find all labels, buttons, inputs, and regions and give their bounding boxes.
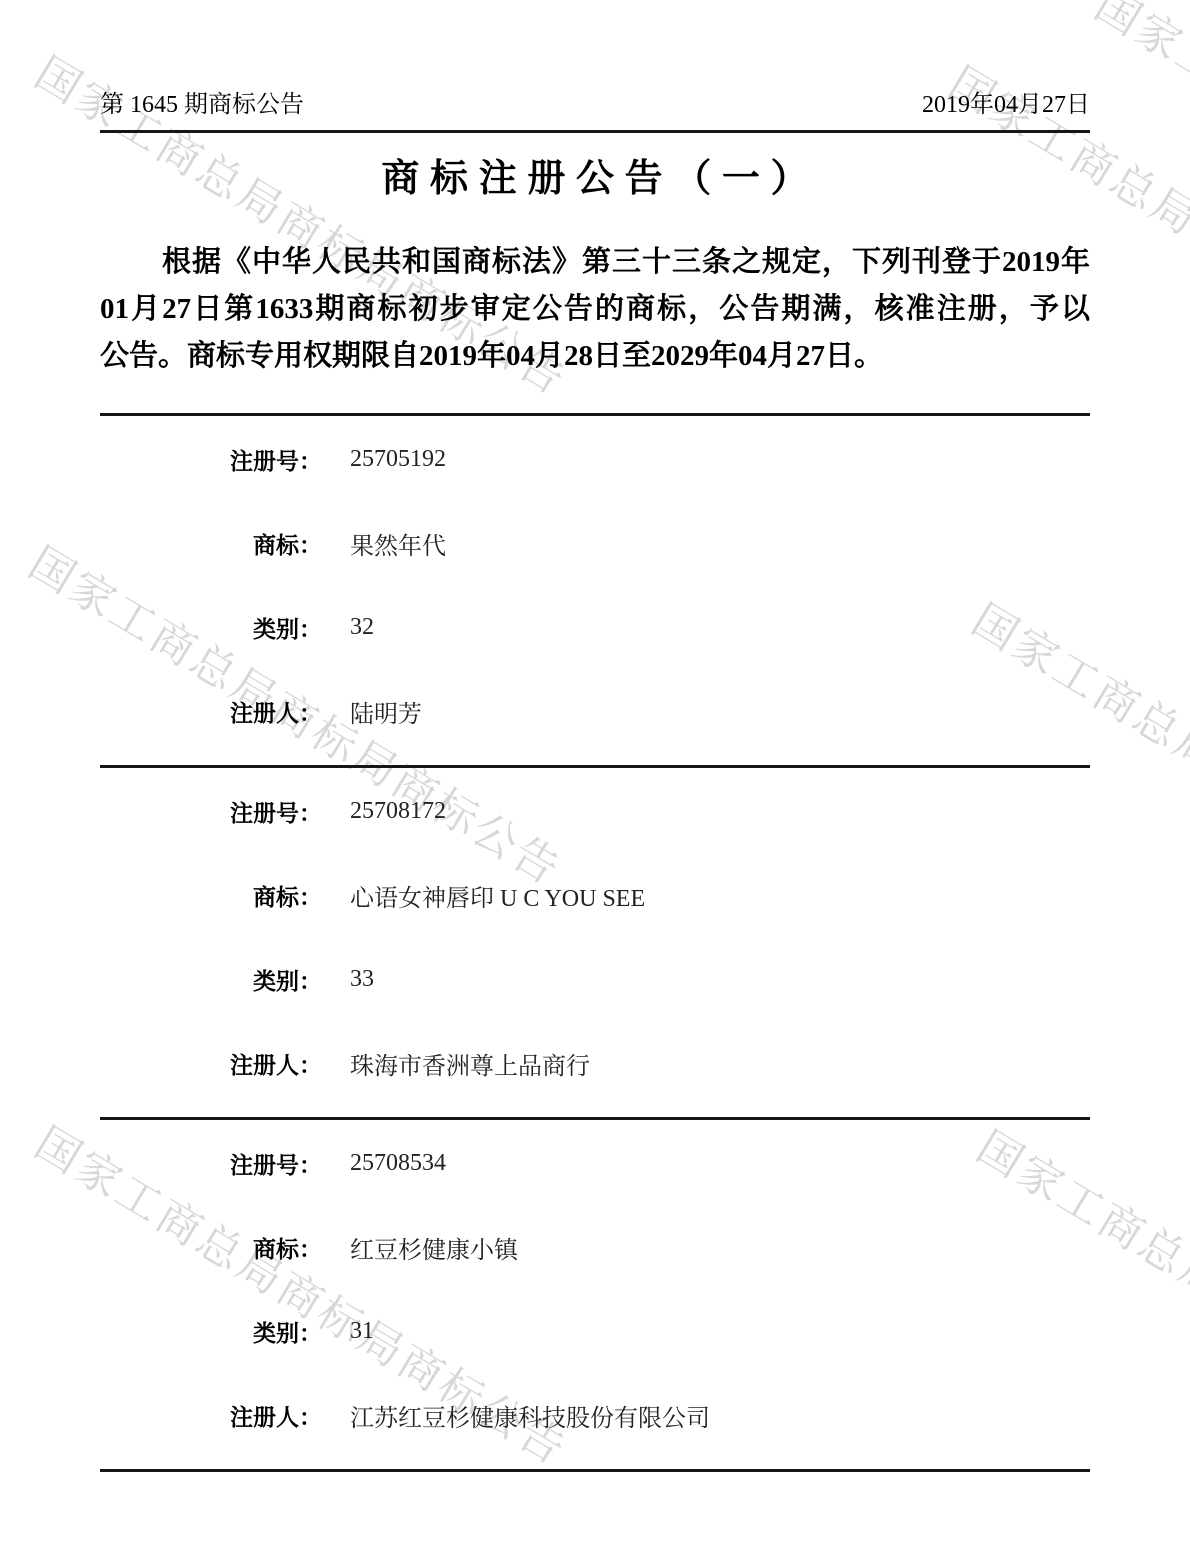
field-row-reg-no: 注册号： 25708534	[100, 1122, 1090, 1204]
field-label-category: 类别：	[100, 611, 322, 644]
field-row-reg-no: 注册号： 25708172	[100, 770, 1090, 852]
field-value-reg-no: 25708534	[350, 1150, 446, 1177]
field-label-reg-no: 注册号：	[100, 795, 322, 828]
field-value-category: 32	[350, 614, 374, 641]
field-label-registrant: 注册人：	[100, 1047, 322, 1080]
field-label-reg-no: 注册号：	[100, 1147, 322, 1180]
field-label-registrant: 注册人：	[100, 695, 322, 728]
field-value-trademark: 心语女神唇印 U C YOU SEE	[350, 878, 645, 913]
field-row-category: 类别： 31	[100, 1290, 1090, 1372]
gazette-page: 第 1645 期商标公告 2019年04月27日 商标注册公告（一） 根据《中华…	[0, 0, 1190, 1564]
bottom-rule	[100, 1469, 1090, 1472]
field-row-trademark: 商标： 心语女神唇印 U C YOU SEE	[100, 854, 1090, 936]
records-section: 注册号： 25705192 商标： 果然年代 类别： 32 注册人： 陆明芳 注…	[100, 413, 1090, 1472]
page-title: 商标注册公告（一）	[100, 155, 1090, 203]
field-label-category: 类别：	[100, 1315, 322, 1348]
intro-line: 01月27日第1633期商标初步审定公告的商标，公告期满，核准注册，予以	[100, 286, 1090, 333]
field-row-trademark: 商标： 红豆杉健康小镇	[100, 1206, 1090, 1288]
field-row-trademark: 商标： 果然年代	[100, 502, 1090, 584]
field-row-category: 类别： 33	[100, 938, 1090, 1020]
field-value-category: 33	[350, 966, 374, 993]
intro-line: 根据《中华人民共和国商标法》第三十三条之规定，下列刊登于2019年	[100, 239, 1090, 286]
field-value-registrant: 江苏红豆杉健康科技股份有限公司	[350, 1398, 710, 1433]
field-label-trademark: 商标：	[100, 879, 322, 912]
field-value-reg-no: 25708172	[350, 798, 446, 825]
field-label-registrant: 注册人：	[100, 1399, 322, 1432]
field-value-trademark: 红豆杉健康小镇	[350, 1230, 518, 1265]
page-header: 第 1645 期商标公告 2019年04月27日	[100, 90, 1090, 120]
trademark-record: 注册号： 25705192 商标： 果然年代 类别： 32 注册人： 陆明芳	[100, 413, 1090, 765]
field-row-category: 类别： 32	[100, 586, 1090, 668]
field-label-trademark: 商标：	[100, 527, 322, 560]
field-value-trademark: 果然年代	[350, 526, 446, 561]
field-label-trademark: 商标：	[100, 1231, 322, 1264]
field-value-registrant: 陆明芳	[350, 694, 422, 729]
record-separator	[100, 1117, 1090, 1120]
header-date: 2019年04月27日	[922, 90, 1090, 120]
field-row-reg-no: 注册号： 25705192	[100, 418, 1090, 500]
field-value-registrant: 珠海市香洲尊上品商行	[350, 1046, 590, 1081]
field-row-registrant: 注册人： 江苏红豆杉健康科技股份有限公司	[100, 1374, 1090, 1456]
trademark-record: 注册号： 25708534 商标： 红豆杉健康小镇 类别： 31 注册人： 江苏…	[100, 1117, 1090, 1469]
intro-paragraph: 根据《中华人民共和国商标法》第三十三条之规定，下列刊登于2019年 01月27日…	[100, 239, 1090, 380]
field-value-category: 31	[350, 1318, 374, 1345]
intro-line: 公告。商标专用权期限自2019年04月28日至2029年04月27日。	[100, 333, 1090, 380]
trademark-record: 注册号： 25708172 商标： 心语女神唇印 U C YOU SEE 类别：…	[100, 765, 1090, 1117]
record-separator	[100, 765, 1090, 768]
field-row-registrant: 注册人： 陆明芳	[100, 670, 1090, 752]
record-separator	[100, 413, 1090, 416]
header-issue-number: 第 1645 期商标公告	[100, 90, 304, 120]
header-rule	[100, 130, 1090, 133]
field-row-registrant: 注册人： 珠海市香洲尊上品商行	[100, 1022, 1090, 1104]
field-label-category: 类别：	[100, 963, 322, 996]
field-label-reg-no: 注册号：	[100, 443, 322, 476]
field-value-reg-no: 25705192	[350, 446, 446, 473]
